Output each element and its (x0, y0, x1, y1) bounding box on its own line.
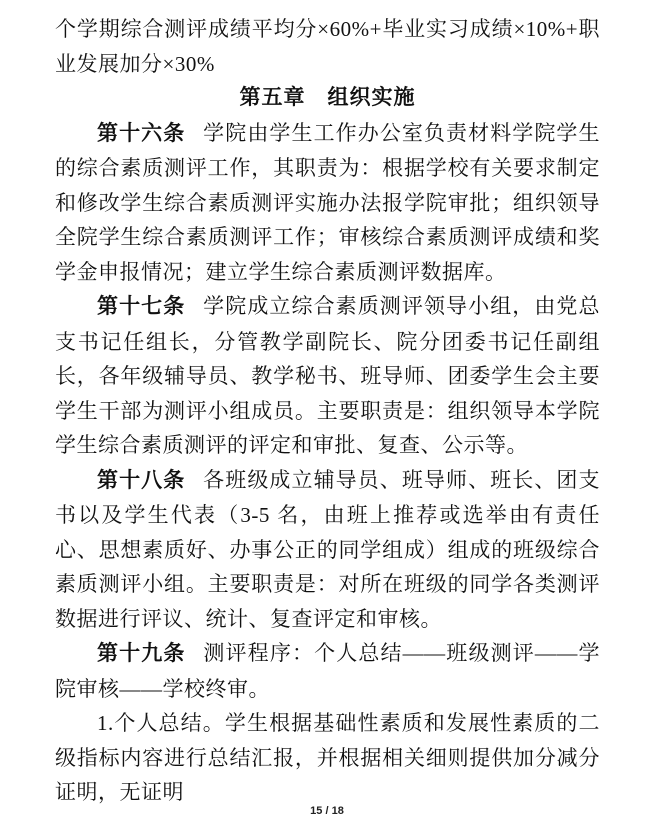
document-page: 个学期综合测评成绩平均分×60%+毕业实习成绩×10%+职业发展加分×30% 第… (55, 12, 600, 810)
article-17-label: 第十七条 (97, 295, 185, 318)
chapter-heading: 第五章 组织实施 (55, 81, 600, 116)
article-17: 第十七条学院成立综合素质测评领导小组，由党总支书记任组长，分管教学副院长、院分团… (55, 289, 600, 463)
article-16: 第十六条学院由学生工作办公室负责材料学院学生的综合素质测评工作，其职责为：根据学… (55, 116, 600, 290)
page-number: 15 / 18 (0, 805, 654, 817)
continuation-paragraph: 个学期综合测评成绩平均分×60%+毕业实习成绩×10%+职业发展加分×30% (55, 12, 600, 81)
article-18: 第十八条各班级成立辅导员、班导师、班长、团支书以及学生代表（3-5 名，由班上推… (55, 463, 600, 637)
article-17-text: 学院成立综合素质测评领导小组，由党总支书记任组长，分管教学副院长、院分团委书记任… (55, 294, 600, 457)
article-16-label: 第十六条 (97, 122, 185, 145)
article-19-label: 第十九条 (97, 642, 186, 665)
article-18-label: 第十八条 (97, 469, 185, 492)
list-item-1: 1.个人总结。学生根据基础性素质和发展性素质的二级指标内容进行总结汇报，并根据相… (55, 706, 600, 810)
article-19: 第十九条测评程序：个人总结——班级测评——学院审核——学校终审。 (55, 636, 600, 706)
